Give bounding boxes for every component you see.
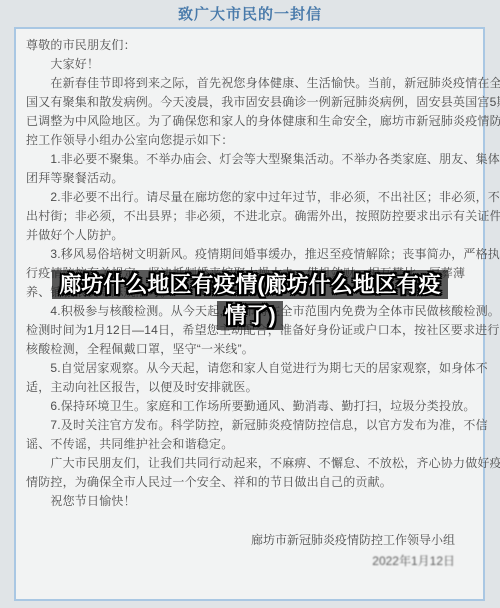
- letter-line: 尊敬的市民朋友们：: [26, 36, 475, 55]
- letter-line: 行疫情防控有关规定。坚决抵制婚丧嫁娶大操大办、借机敛财、相互攀比、厚葬薄: [26, 264, 475, 283]
- letter-line: 3.移风易俗培树文明新风。疫情期间婚事缓办，推迟至疫情解除；丧事简办，严格执: [26, 245, 475, 264]
- letter-line: 已调整为中风险地区。为了确保您和家人的身体健康和生命安全，廊坊市新冠肺炎疫情防: [26, 112, 475, 131]
- letter-line: 2.非必要不出行。请尽量在廊坊您的家中过年过节，非必须，不出社区；非必须，不: [26, 188, 475, 207]
- letter-line: [26, 511, 475, 530]
- letter-line: 控工作领导小组办公室向您提示如下：: [26, 131, 475, 150]
- letter-line: 大家好！: [26, 55, 475, 74]
- letter-box: 尊敬的市民朋友们： 大家好！ 在新春佳节即将到来之际，首先祝您身体健康、生活愉快…: [14, 27, 485, 601]
- letter-line: 4.积极参与核酸检测。从今天起，我市将在全市范围内免费为全体市民做核酸检测。: [26, 302, 475, 321]
- letter-line: 1.非必要不聚集。不举办庙会、灯会等大型聚集活动。不举办各类家庭、朋友、集体: [26, 150, 475, 169]
- letter-line: 适，主动向社区报告，以便及时安排就医。: [26, 378, 475, 397]
- letter-line: 广大市民朋友们，让我们共同行动起来，不麻痹、不懈怠、不放松，齐心协力做好疫: [26, 454, 475, 473]
- letter-line: 核酸检测，全程佩戴口罩，坚守“一米线”。: [26, 340, 475, 359]
- signature-org: 廊坊市新冠肺炎疫情防控工作领导小组: [26, 530, 455, 551]
- letter-line: 祝您节日愉快！: [26, 492, 475, 511]
- letter-body: 尊敬的市民朋友们： 大家好！ 在新春佳节即将到来之际，首先祝您身体健康、生活愉快…: [26, 36, 475, 530]
- letter-line: 养、铺张浪费等陈规陋习。: [26, 283, 475, 302]
- letter-line: 谣、不传谣，共同维护社会和谐稳定。: [26, 435, 475, 454]
- letter-line: 在新春佳节即将到来之际，首先祝您身体健康、生活愉快。当前，新冠肺炎疫情在全: [26, 74, 475, 93]
- signature-date: 2022年1月12日: [26, 551, 455, 572]
- letter-line: 出村街；非必须，不出县界；非必须，不进北京。确需外出，按照防控要求出示有关证件: [26, 207, 475, 226]
- letter-line: 团拜等聚餐活动。: [26, 169, 475, 188]
- article-image: 致广大市民的一封信 尊敬的市民朋友们： 大家好！ 在新春佳节即将到来之际，首先祝…: [0, 0, 500, 608]
- letter-line: 7.及时关注官方发布。科学防控，新冠肺炎疫情防控信息，以官方发布为准，不信: [26, 416, 475, 435]
- letter-line: 国又有聚集和散发病例。今天凌晨，我市固安县确诊一例新冠肺炎病例，固安县英国宫5期: [26, 93, 475, 112]
- letter-line: 5.自觉居家观察。从今天起，请您和家人自觉进行为期七天的居家观察，如身体不: [26, 359, 475, 378]
- letter-title: 致广大市民的一封信: [0, 3, 500, 24]
- letter-line: 检测时间为1月12日—14日，希望您主动配合，准备好身份证或户口本，按社区要求进…: [26, 321, 475, 340]
- letter-line: 6.保持环境卫生。家庭和工作场所要勤通风、勤消毒、勤打扫，垃圾分类投放。: [26, 397, 475, 416]
- letter-line: 并做好个人防护。: [26, 226, 475, 245]
- letter-line: 情防控，为确保全市人民过一个安全、祥和的节日做出自己的贡献。: [26, 473, 475, 492]
- signature-block: 廊坊市新冠肺炎疫情防控工作领导小组 2022年1月12日: [26, 530, 475, 572]
